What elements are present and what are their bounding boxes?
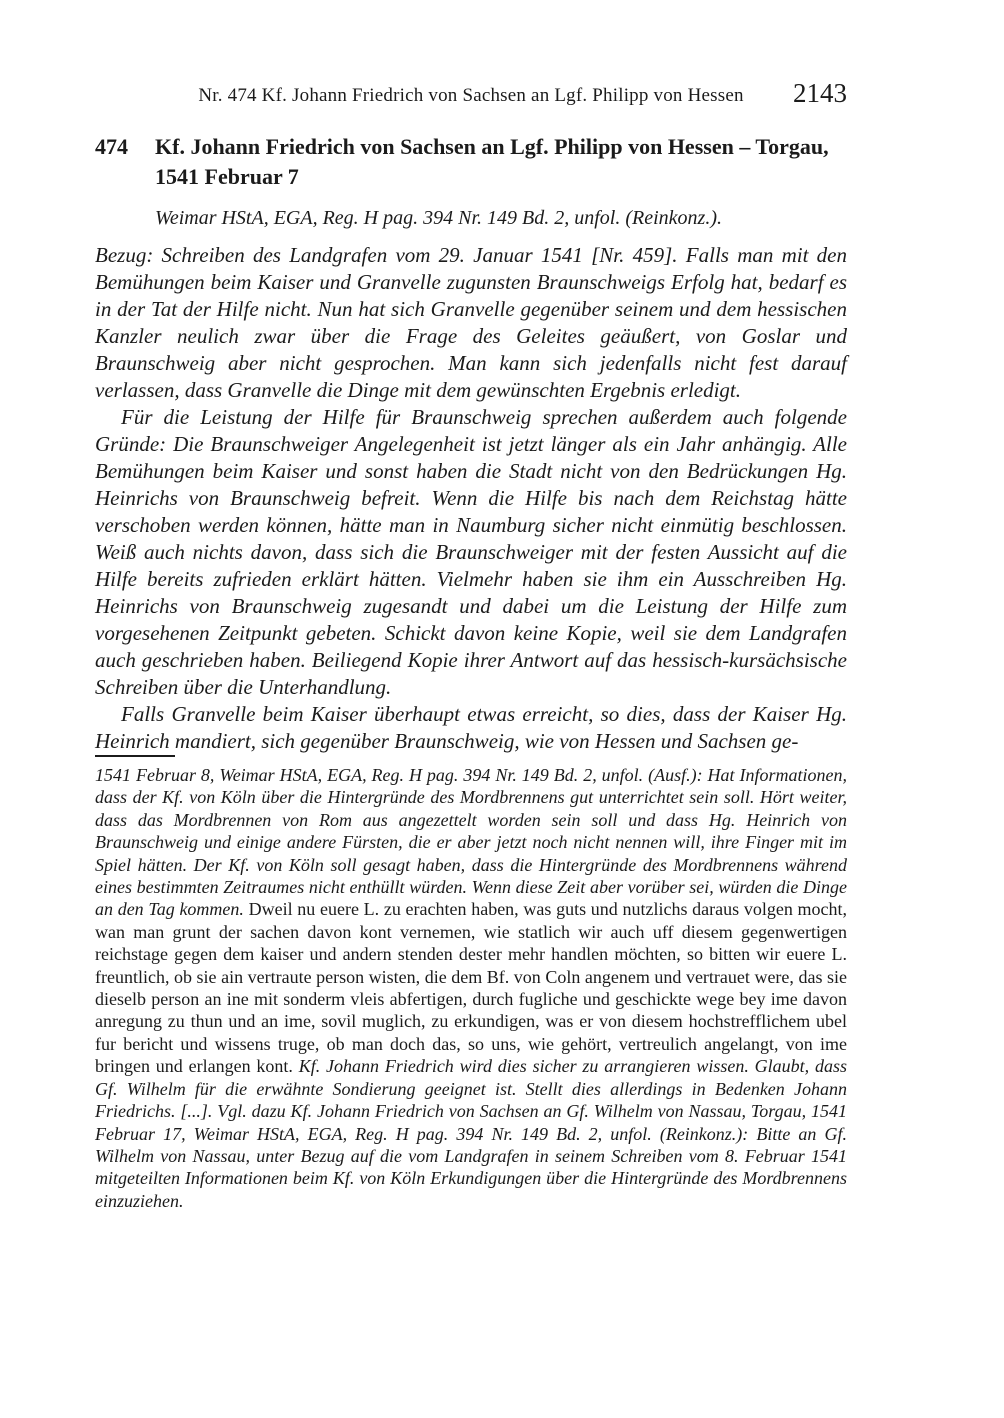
regest-body: Bezug: Schreiben des Landgrafen vom 29. …	[95, 242, 847, 755]
paragraph: Bezug: Schreiben des Landgrafen vom 29. …	[95, 242, 847, 404]
entry-title: Kf. Johann Friedrich von Sachsen an Lgf.…	[155, 132, 847, 192]
entry-title-line-1: Kf. Johann Friedrich von Sachsen an Lgf.…	[155, 132, 847, 162]
footnote-segment-italic: Kf. Johann Friedrich wird dies sicher zu…	[95, 1056, 847, 1210]
footnote-text: 1541 Februar 8, Weimar HStA, EGA, Reg. H…	[95, 764, 847, 1212]
footnote-block: 1541 Februar 8, Weimar HStA, EGA, Reg. H…	[95, 755, 847, 1212]
archive-source-line: Weimar HStA, EGA, Reg. H pag. 394 Nr. 14…	[155, 205, 847, 231]
book-page: Nr. 474 Kf. Johann Friedrich von Sachsen…	[0, 0, 1004, 1418]
footnote-separator-rule	[95, 755, 175, 757]
paragraph: Für die Leistung der Hilfe für Braunschw…	[95, 404, 847, 701]
footnote-segment-italic: 1541 Februar 8, Weimar HStA, EGA, Reg. H…	[95, 765, 847, 919]
running-head: Nr. 474 Kf. Johann Friedrich von Sachsen…	[95, 84, 847, 114]
entry-title-line-2: 1541 Februar 7	[155, 162, 847, 192]
paragraph: Falls Granvelle beim Kaiser überhaupt et…	[95, 701, 847, 755]
entry-number: 474	[95, 132, 155, 192]
running-head-text: Nr. 474 Kf. Johann Friedrich von Sachsen…	[95, 84, 847, 108]
page-number: 2143	[793, 78, 847, 108]
text-column: Nr. 474 Kf. Johann Friedrich von Sachsen…	[95, 84, 847, 755]
entry-heading: 474 Kf. Johann Friedrich von Sachsen an …	[95, 132, 847, 192]
footnote-segment-quote: Dweil nu euere L. zu erachten haben, was…	[95, 899, 847, 1076]
